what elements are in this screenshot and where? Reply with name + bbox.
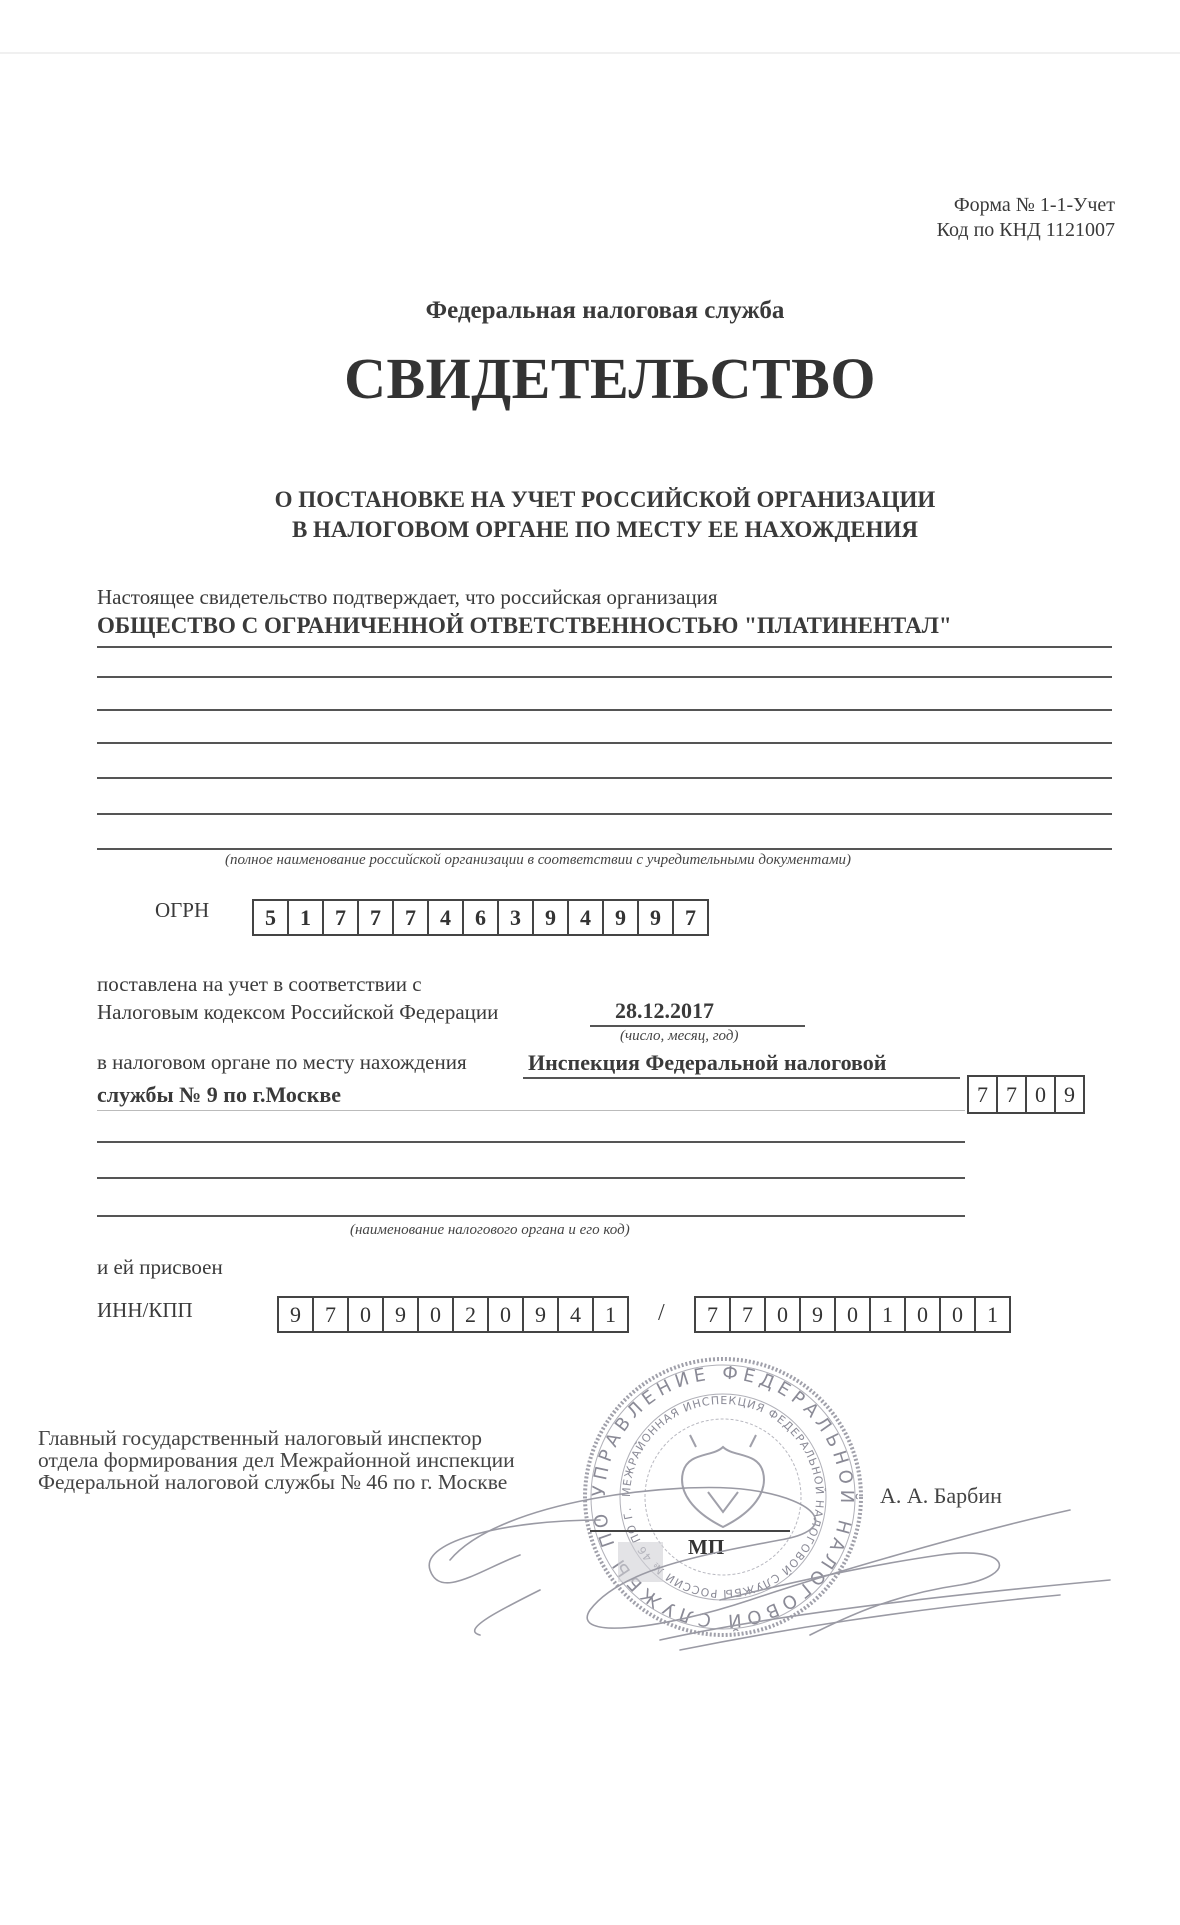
tax-authority-name-1: Инспекция Федеральной налоговой [528, 1050, 886, 1076]
tax-authority-code-digit: 7 [969, 1077, 998, 1112]
inn-digit: 2 [454, 1298, 489, 1331]
ogrn-digit: 9 [604, 901, 639, 934]
inn-boxes: 9709020941 [277, 1296, 629, 1333]
org-name-line [97, 676, 1112, 678]
ogrn-digit: 9 [639, 901, 674, 934]
ogrn-digit: 5 [254, 901, 289, 934]
organization-name: ОБЩЕСТВО С ОГРАНИЧЕННОЙ ОТВЕТСТВЕННОСТЬЮ… [97, 613, 952, 639]
kpp-digit: 0 [766, 1298, 801, 1331]
tax-authority-line [97, 1215, 965, 1217]
ogrn-digit: 7 [394, 901, 429, 934]
registration-line-1: поставлена на учет в соответствии с [97, 972, 422, 997]
tax-authority-name-2: службы № 9 по г.Москве [97, 1082, 341, 1108]
tax-authority-line [97, 1177, 965, 1179]
inn-digit: 9 [524, 1298, 559, 1331]
inn-digit: 0 [419, 1298, 454, 1331]
kpp-digit: 7 [696, 1298, 731, 1331]
org-name-line [97, 813, 1112, 815]
inn-digit: 4 [559, 1298, 594, 1331]
tax-authority-code-digit: 7 [998, 1077, 1027, 1112]
tax-authority-code-boxes: 7709 [967, 1075, 1085, 1114]
kpp-digit: 0 [906, 1298, 941, 1331]
agency-name: Федеральная налоговая служба [0, 297, 1180, 325]
document-title: СВИДЕТЕЛЬСТВО [0, 345, 1180, 412]
tax-authority-code-digit: 9 [1056, 1077, 1085, 1112]
ogrn-digit: 7 [674, 901, 709, 934]
kpp-digit: 1 [976, 1298, 1011, 1331]
org-name-line [97, 709, 1112, 711]
inn-digit: 0 [349, 1298, 384, 1331]
tax-authority-line [97, 1141, 965, 1143]
handwritten-signature-icon [420, 1460, 1120, 1700]
subtitle-line-1: О ПОСТАНОВКЕ НА УЧЕТ РОССИЙСКОЙ ОРГАНИЗА… [30, 485, 1180, 515]
inn-kpp-label: ИНН/КПП [97, 1298, 193, 1323]
org-name-line [97, 742, 1112, 744]
kpp-digit: 0 [836, 1298, 871, 1331]
document-subtitle: О ПОСТАНОВКЕ НА УЧЕТ РОССИЙСКОЙ ОРГАНИЗА… [0, 485, 1180, 545]
registration-date: 28.12.2017 [615, 998, 714, 1024]
inn-digit: 0 [489, 1298, 524, 1331]
kpp-digit: 9 [801, 1298, 836, 1331]
ogrn-digit: 9 [534, 901, 569, 934]
form-number: Форма № 1-1-Учет [937, 193, 1115, 218]
date-line [590, 1025, 805, 1027]
tax-authority-code-digit: 0 [1027, 1077, 1056, 1112]
subtitle-line-2: В НАЛОГОВОМ ОРГАНЕ ПО МЕСТУ ЕЕ НАХОЖДЕНИ… [30, 515, 1180, 545]
inn-digit: 9 [384, 1298, 419, 1331]
tax-authority-line [97, 1110, 965, 1111]
inn-digit: 7 [314, 1298, 349, 1331]
registration-line-2: Налоговым кодексом Российской Федерации [97, 1000, 498, 1025]
ogrn-digit: 6 [464, 901, 499, 934]
kpp-digit: 7 [731, 1298, 766, 1331]
ogrn-label: ОГРН [155, 898, 209, 923]
kpp-digit: 1 [871, 1298, 906, 1331]
ogrn-digit: 4 [429, 901, 464, 934]
ogrn-digit: 1 [289, 901, 324, 934]
tax-authority-line [523, 1077, 960, 1079]
kpp-boxes: 770901001 [694, 1296, 1011, 1333]
ogrn-digit: 3 [499, 901, 534, 934]
ogrn-digit: 7 [359, 901, 394, 934]
kpp-digit: 0 [941, 1298, 976, 1331]
signer-position-line-1: Главный государственный налоговый инспек… [38, 1427, 515, 1449]
knd-code: Код по КНД 1121007 [937, 218, 1115, 243]
inn-digit: 1 [594, 1298, 629, 1331]
ogrn-boxes: 5177746394997 [252, 899, 709, 936]
assigned-label: и ей присвоен [97, 1255, 223, 1280]
tax-authority-label: в налоговом органе по месту нахождения [97, 1050, 467, 1075]
organization-caption: (полное наименование российской организа… [225, 852, 851, 869]
ogrn-digit: 7 [324, 901, 359, 934]
date-caption: (число, месяц, год) [620, 1028, 738, 1045]
inn-digit: 9 [279, 1298, 314, 1331]
organization-intro: Настоящее свидетельство подтверждает, чт… [97, 585, 718, 610]
tax-authority-caption: (наименование налогового органа и его ко… [350, 1222, 630, 1239]
scan-artifact-line [0, 52, 1180, 54]
form-number-block: Форма № 1-1-Учет Код по КНД 1121007 [937, 193, 1115, 243]
inn-kpp-separator: / [658, 1300, 665, 1327]
org-name-line [97, 777, 1112, 779]
org-name-line [97, 848, 1112, 850]
org-name-line [97, 646, 1112, 648]
ogrn-digit: 4 [569, 901, 604, 934]
